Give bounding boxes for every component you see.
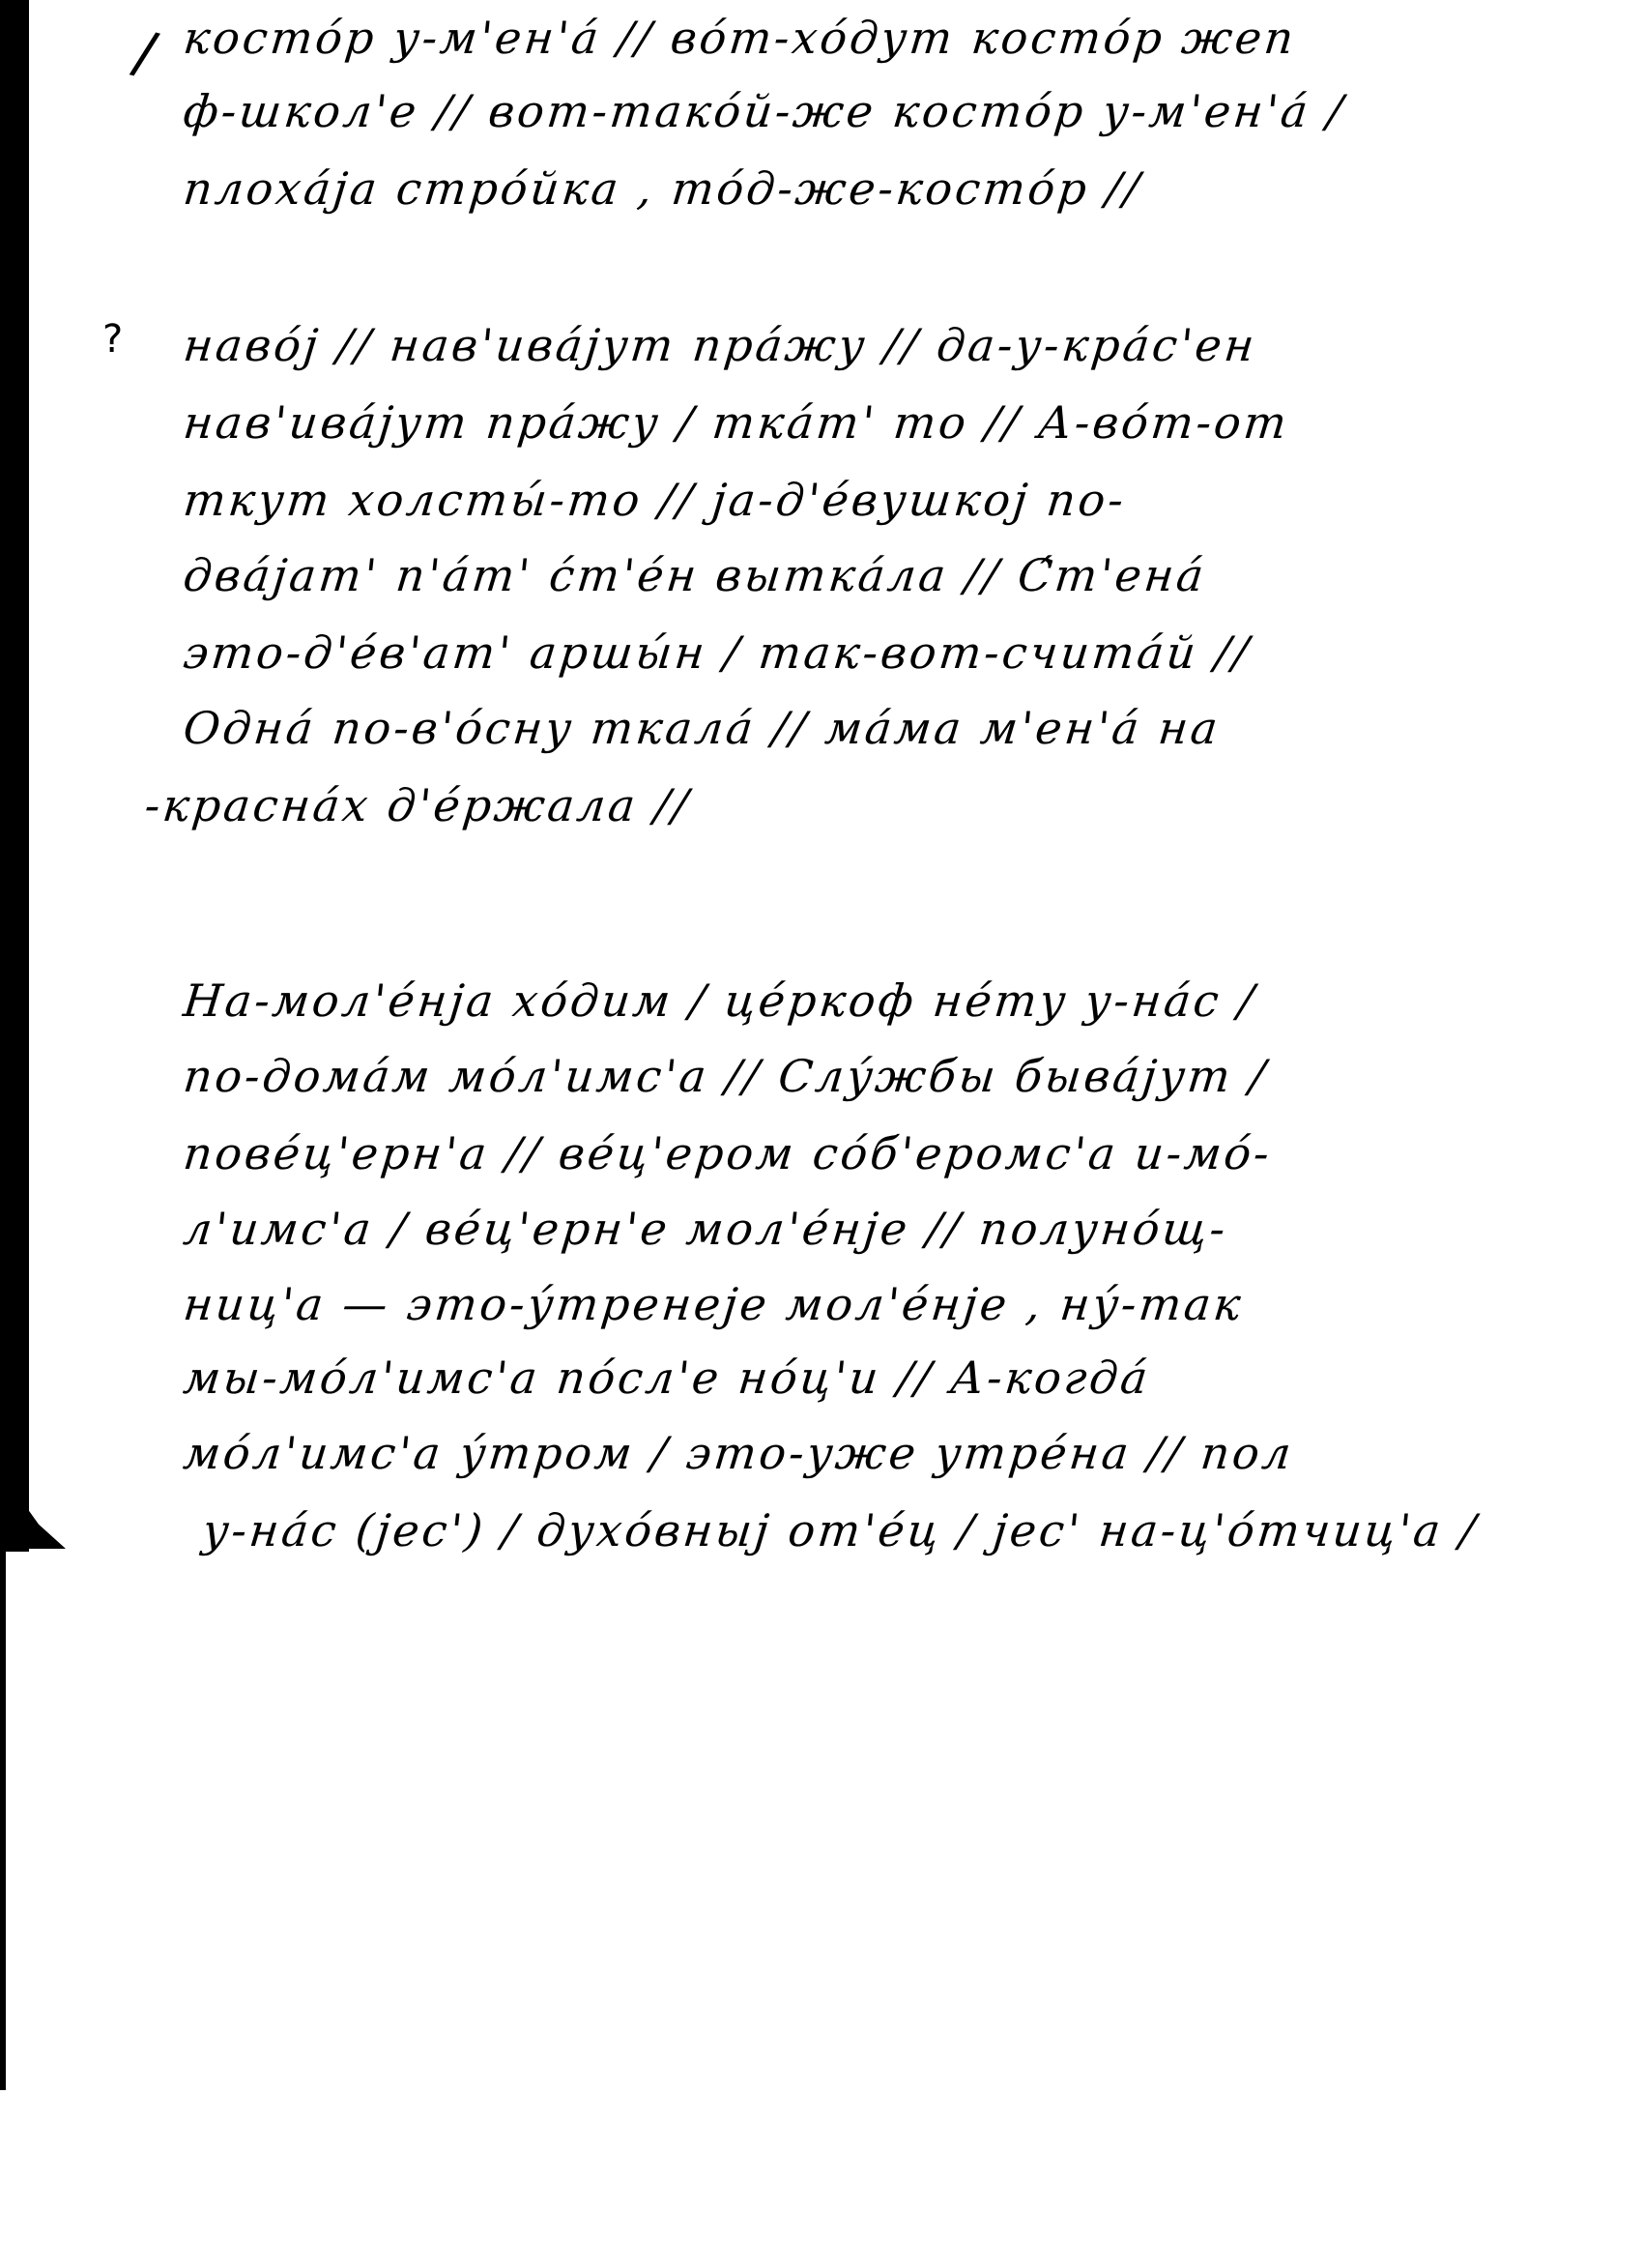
text-line: нав'ива́jут пра́жу / тка́т' то // А-во́т… <box>181 396 1291 449</box>
text-line: -красна́х д'е́ржала // <box>142 779 693 831</box>
text-line: плоха́ja стро́йка , то́д-же-косто́р // <box>181 162 1144 215</box>
text-line: два́jат' п'а́т' с́т'е́н вытка́ла // С́т'… <box>181 549 1208 601</box>
scanned-page: / ? косто́р у-м'ен'а́ // во́т-хо́дут кос… <box>0 0 1643 2268</box>
margin-question-mark: ? <box>102 317 123 362</box>
text-line: На-мол'е́нja хо́дим / це́ркоф не́ту у-на… <box>181 974 1259 1027</box>
scan-edge-line <box>0 1547 6 2090</box>
text-line: ф-школ'е // вот-тако́й-же косто́р у-м'ен… <box>181 85 1348 137</box>
text-line: мо́л'имс'а у́тром / это-уже утре́на // п… <box>181 1427 1296 1479</box>
text-line: ниц'а — это-у́тренеjе мол'е́нjе , ну́-та… <box>181 1278 1246 1330</box>
text-line: косто́р у-м'ен'а́ // во́т-хо́дут косто́р… <box>181 12 1299 64</box>
text-line: л'имс'а / ве́ц'ерн'е мол'е́нjе // полуно… <box>181 1203 1230 1255</box>
text-line: по-дома́м мо́л'имс'а // Слу́жбы быва́jут… <box>181 1050 1270 1102</box>
text-line: ткут холсты́-то // ja-д'е́вушкоj по- <box>181 474 1129 526</box>
text-line: Одна́ по-в'о́сну ткала́ // ма́ма м'ен'а́… <box>181 702 1223 754</box>
margin-slash-mark: / <box>127 18 163 89</box>
text-line: это-д'е́в'ат' аршы́н / так-вот-счита́й /… <box>181 626 1254 679</box>
scan-edge-shadow <box>0 0 29 1552</box>
text-line: у-на́с (jес') / духо́вныj от'е́ц / jес' … <box>200 1504 1481 1556</box>
scan-edge-corner <box>27 1508 66 1549</box>
text-line: наво́j // нав'ива́jут пра́жу // да-у-кра… <box>181 319 1259 371</box>
text-line: мы-мо́л'имс'а по́сл'е но́ц'и // А-когда́ <box>181 1352 1153 1404</box>
text-line: пове́ц'ерн'а // ве́ц'ером со́б'еромс'а и… <box>181 1127 1275 1179</box>
